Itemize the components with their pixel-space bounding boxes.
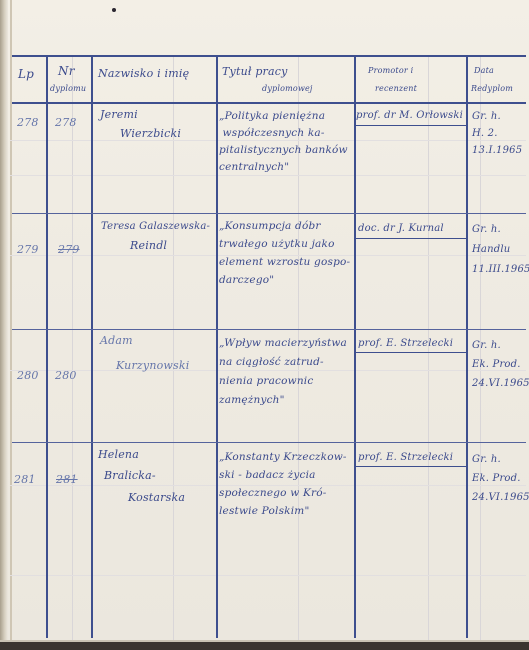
header-data-sub: Redyplom — [471, 84, 513, 94]
ink-speck — [112, 8, 116, 12]
cell-nazwisko-line2: Wierzbicki — [120, 126, 181, 141]
ledger-page: Lp Nr dyplomu Nazwisko i imię Tytuł prac… — [0, 0, 529, 642]
header-tytul-sub: dyplomowej — [262, 84, 313, 94]
row-separator — [12, 213, 526, 214]
header-top-rule — [12, 55, 526, 57]
header-data: Data — [474, 66, 494, 76]
grid-line — [10, 575, 526, 576]
cell-nazwisko-line2: Kurzynowski — [116, 358, 189, 373]
cell-nazwisko-line1: Helena — [98, 447, 139, 462]
cell-nazwisko-line3: Kostarska — [128, 490, 185, 505]
column-rule — [354, 55, 356, 638]
cell-lp: 278 — [17, 115, 39, 130]
cell-nr-dyplomu: 279 — [58, 242, 80, 257]
header-promotor-sub: recenzent — [375, 84, 417, 94]
cell-lp: 279 — [17, 242, 39, 257]
cell-tytul: „Wpływ macierzyństwa na ciągłość zatrud-… — [219, 334, 347, 410]
cell-tytul: „Polityka pieniężna współczesnych ka- pi… — [219, 108, 348, 176]
cell-data: Gr. h. Handlu 11.III.1965 — [472, 220, 529, 280]
grid-line — [72, 55, 73, 640]
promotor-underline — [356, 352, 466, 353]
header-nr: Nr — [58, 64, 75, 79]
column-rule — [216, 55, 218, 638]
row-separator — [12, 329, 526, 330]
cell-lp: 280 — [17, 368, 39, 383]
cell-nr-dyplomu: 281 — [56, 472, 78, 487]
cell-promotor: prof. dr M. Orłowski — [356, 108, 463, 123]
cell-promotor: prof. E. Strzelecki — [358, 336, 453, 351]
binding-margin-line — [10, 0, 12, 640]
promotor-underline — [356, 125, 466, 126]
cell-nazwisko-line1: Jeremi — [100, 107, 138, 122]
cell-promotor: doc. dr J. Kurnal — [358, 221, 444, 236]
cell-lp: 281 — [14, 472, 36, 487]
cell-nazwisko-line2: Bralicka- — [104, 468, 156, 483]
cell-nr-dyplomu: 278 — [55, 115, 77, 130]
grid-line — [173, 55, 174, 640]
header-promotor: Promotor i — [368, 66, 413, 76]
column-rule — [46, 55, 48, 638]
header-nazwisko: Nazwisko i imię — [98, 66, 189, 81]
header-nr-sub: dyplomu — [50, 84, 86, 94]
cell-nr-dyplomu: 280 — [55, 368, 77, 383]
row-separator — [12, 442, 526, 443]
cell-data: Gr. h. Ek. Prod. 24.VI.1965 — [472, 336, 529, 393]
promotor-underline — [356, 466, 466, 467]
promotor-underline — [356, 238, 466, 239]
cell-tytul: „Konstanty Krzeczkow- ski - badacz życia… — [219, 448, 347, 520]
cell-nazwisko-line1: Teresa Galaszewska- — [101, 219, 210, 234]
page-binding — [0, 0, 8, 640]
cell-nazwisko-line1: Adam — [100, 333, 133, 348]
cell-data: Gr. h. H. 2. 13.I.1965 — [472, 108, 522, 159]
header-bottom-rule — [12, 102, 526, 104]
header-lp: Lp — [18, 67, 34, 82]
cell-promotor: prof. E. Strzelecki — [358, 450, 453, 465]
cell-nazwisko-line2: Reindl — [130, 238, 167, 253]
cell-data: Gr. h. Ek. Prod. 24.VI.1965 — [472, 450, 529, 507]
column-rule — [466, 55, 468, 638]
column-rule — [91, 55, 93, 638]
header-tytul: Tytuł pracy — [222, 64, 288, 79]
cell-tytul: „Konsumpcja dóbr trwałego użytku jako el… — [219, 217, 350, 289]
